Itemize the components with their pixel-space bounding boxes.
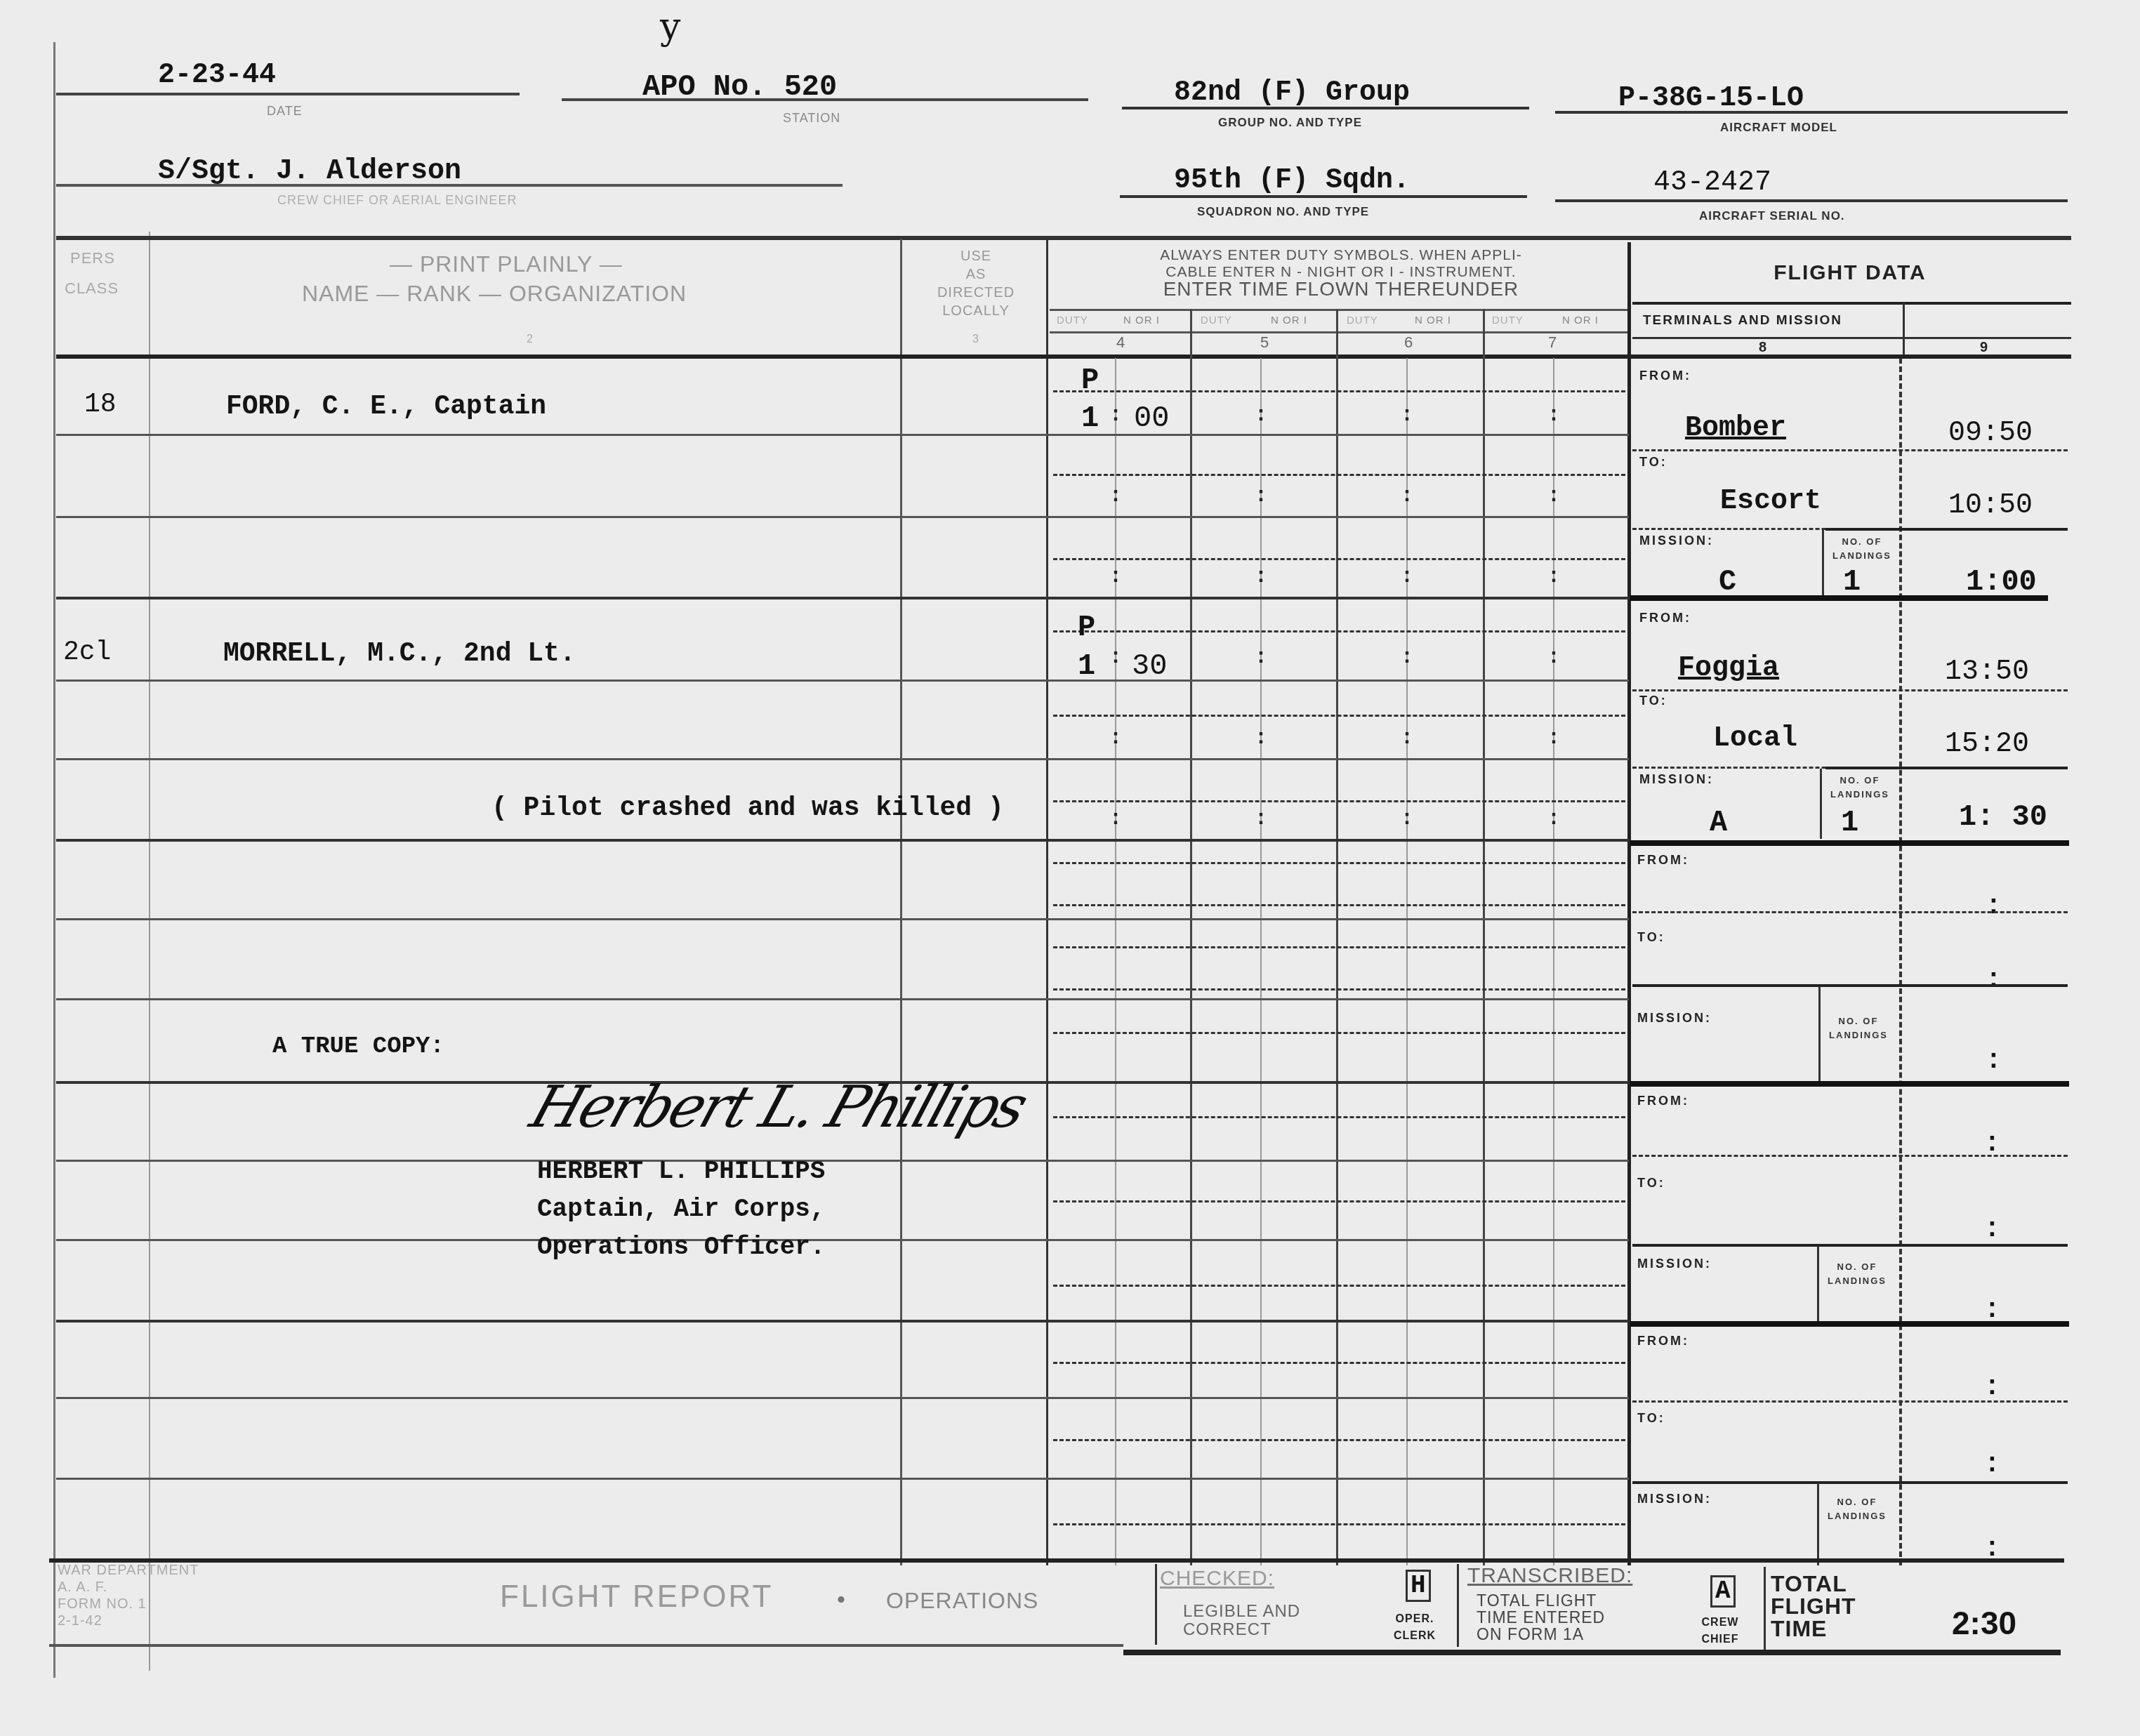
flight-2-to[interactable]: Local (1713, 723, 1797, 755)
flight-4-from-rule (1632, 1155, 2068, 1157)
crew-2-duty[interactable]: P (1078, 611, 1095, 644)
duty5-split (1260, 358, 1262, 1565)
flight-3-from-rule (1632, 911, 2068, 913)
crew-chief-initial[interactable]: A (1710, 1575, 1736, 1608)
time-colon: : (1547, 727, 1560, 750)
crew-chief-sign-line: CHIEF (1692, 1631, 1748, 1648)
time-colon: : (1109, 484, 1122, 508)
flight-1-from[interactable]: Bomber (1685, 413, 1786, 444)
serial-line (1555, 199, 2068, 202)
flight-data-title: FLIGHT DATA (1629, 261, 2071, 285)
form-subtitle: OPERATIONS (886, 1588, 1038, 1614)
oper-clerk-label: OPER. CLERK (1387, 1611, 1443, 1645)
crew-1-pers-class[interactable]: 18 (84, 390, 117, 420)
flight-1-from-time[interactable]: 09:50 (1948, 418, 2033, 449)
section-rule (56, 1320, 1629, 1323)
aircraft-model-label: AIRCRAFT MODEL (1720, 121, 1837, 135)
landings-label-line: LANDINGS (1821, 1028, 1896, 1042)
duty7-split (1553, 358, 1554, 1565)
use-locally-line: LOCALLY (913, 302, 1039, 320)
flight-2-from[interactable]: Foggia (1678, 653, 1779, 684)
row-rule (56, 434, 1629, 436)
time-colon: : (1547, 807, 1560, 831)
flight-2-to-label: TO: (1639, 694, 1667, 708)
nori-sub-5: N OR I (1271, 314, 1307, 326)
total-flight-time-value[interactable]: 2:30 (1952, 1604, 2016, 1642)
time-colon: : (1109, 807, 1122, 831)
col5-number: 5 (1260, 333, 1269, 352)
checked-line: CORRECT (1183, 1621, 1300, 1639)
station-value[interactable]: APO No. 520 (642, 70, 837, 104)
table-top-rule (56, 236, 2071, 240)
duty-dash (1053, 558, 1625, 560)
row-rule (56, 516, 1629, 518)
flight-1-to-label: TO: (1639, 455, 1667, 470)
row-rule (56, 1397, 1629, 1399)
transcribed-line: TIME ENTERED (1477, 1609, 1605, 1626)
duty-dash (1053, 390, 1625, 392)
flight-3-from-label: FROM: (1637, 853, 1689, 868)
time-colon: : (1255, 565, 1267, 589)
flight-section-rule (1630, 595, 2048, 601)
time-colon: : (1255, 807, 1267, 831)
form-title: FLIGHT REPORT (500, 1579, 773, 1615)
crew-2-name[interactable]: MORRELL, M.C., 2nd Lt. (223, 639, 576, 669)
name-rank-org-header: NAME — RANK — ORGANIZATION (302, 281, 687, 307)
duty-sub-4: DUTY (1057, 314, 1088, 326)
duty-sub-7: DUTY (1492, 314, 1524, 326)
flight-2-mission[interactable]: A (1710, 806, 1727, 840)
transcribed-line: ON FORM 1A (1477, 1626, 1605, 1643)
flight-2-mission-rule (1825, 767, 2068, 769)
pers-class-divider (149, 232, 150, 1671)
crew-1-time-minutes[interactable]: 00 (1134, 402, 1169, 435)
flight-2-landings[interactable]: 1 (1841, 806, 1858, 840)
nori-sub-4: N OR I (1123, 314, 1160, 326)
time-colon: : (1547, 565, 1560, 589)
flight-5-to-time[interactable]: : (1984, 1450, 2000, 1480)
row-rule (56, 1239, 1629, 1241)
time-colon: : (1255, 727, 1267, 750)
duty-dash (1053, 1362, 1625, 1364)
flight-3-from-time[interactable]: : (1986, 892, 2002, 922)
flight-2-landings-label: NO. OFLANDINGS (1822, 774, 1898, 802)
use-locally-line: USE (913, 247, 1039, 265)
flight-4-landings-label: NO. OFLANDINGS (1819, 1260, 1895, 1288)
time-colon: : (1109, 565, 1122, 589)
form-id: WAR DEPARTMENT A. A. F. FORM NO. 1 2-1-4… (58, 1562, 199, 1629)
crew-2-pers-class[interactable]: 2cl (63, 637, 111, 668)
col6-number: 6 (1404, 333, 1413, 352)
duty-dash (1053, 1200, 1625, 1202)
duty-divider-6 (1336, 309, 1338, 1565)
flight-5-from-rule (1632, 1400, 2068, 1403)
crew-chief-label: CREW CHIEF OR AERIAL ENGINEER (277, 193, 517, 208)
remark-text: ( Pilot crashed and was killed ) (491, 793, 1004, 823)
flight-report-form: y 2-23-44 DATE APO No. 520 STATION 82nd … (0, 0, 2140, 1736)
flight-5-mission-rule (1632, 1481, 2068, 1484)
flight-1-mission-label: MISSION: (1639, 534, 1714, 548)
flight-data-num-rule (1632, 337, 2071, 339)
aircraft-serial-label: AIRCRAFT SERIAL NO. (1699, 209, 1845, 223)
signer-title-2: Operations Officer. (537, 1233, 825, 1261)
flight-5-landings-label: NO. OFLANDINGS (1819, 1495, 1895, 1523)
time-colon: : (1255, 646, 1267, 670)
col3-number: 3 (972, 333, 979, 346)
flight-3-to-label: TO: (1637, 930, 1665, 945)
flight-2-from-rule (1632, 689, 2068, 691)
row-rule (56, 758, 1629, 760)
aircraft-serial-value[interactable]: 43-2427 (1653, 167, 1771, 199)
checked-title: CHECKED: (1160, 1567, 1274, 1591)
time-colon: : (1401, 404, 1413, 428)
duty-dash (1053, 715, 1625, 717)
oper-clerk-line: OPER. (1387, 1611, 1443, 1628)
duty-dash (1053, 1116, 1625, 1118)
flight-1-from-rule (1632, 449, 2068, 451)
row-rule (56, 1160, 1629, 1162)
duty-sub-6: DUTY (1347, 314, 1378, 326)
flight-4-from-label: FROM: (1637, 1094, 1689, 1108)
col2-number: 2 (527, 333, 534, 346)
table-header-bottom-rule (56, 355, 2071, 359)
duty-instructions: ALWAYS ENTER DUTY SYMBOLS. WHEN APPLI- C… (1053, 247, 1629, 298)
duty-dash (1053, 1032, 1625, 1034)
flight-1-mission-rule (1825, 528, 2068, 531)
handwritten-mark: y (660, 6, 680, 48)
use-locally-divider (900, 239, 902, 1565)
duty-dash (1053, 1285, 1625, 1287)
checked-box-left (1155, 1564, 1157, 1645)
duty-dash (1053, 800, 1625, 802)
print-plainly-header: — PRINT PLAINLY — (390, 251, 623, 277)
flight-2-from-time[interactable]: 13:50 (1945, 656, 2029, 688)
row-rule (56, 1478, 1629, 1480)
checked-desc: LEGIBLE AND CORRECT (1183, 1603, 1300, 1639)
flight-section-rule (1630, 1321, 2069, 1327)
time-colon: : (1401, 727, 1413, 750)
flight-3-mission-rule (1632, 984, 2068, 987)
flight-2-to-time[interactable]: 15:20 (1945, 729, 2029, 760)
flight-4-mission-rule (1632, 1244, 2068, 1247)
col8-col9-header-divider (1903, 303, 1905, 356)
time-colon: : (1547, 404, 1560, 428)
form-id-line: WAR DEPARTMENT (58, 1562, 199, 1579)
flight-1-from-label: FROM: (1639, 369, 1691, 383)
flight-1-landings-label: NO. OFLANDINGS (1824, 535, 1900, 563)
duty-instr-line1: ALWAYS ENTER DUTY SYMBOLS. WHEN APPLI- (1053, 247, 1629, 264)
form-id-line: A. A. F. (58, 1579, 199, 1596)
signer-title-1: Captain, Air Corps, (537, 1195, 825, 1224)
flight-3-mission-label: MISSION: (1637, 1011, 1712, 1026)
duty-dash (1053, 474, 1625, 476)
flight-1-duration[interactable]: 1:00 (1966, 565, 2037, 599)
col8-number: 8 (1759, 340, 1768, 356)
landings-label-line: NO. OF (1824, 535, 1900, 549)
total-line: TOTAL (1771, 1572, 1856, 1595)
section-rule (56, 839, 1629, 842)
checked-line: LEGIBLE AND (1183, 1603, 1300, 1621)
nori-sub-7: N OR I (1562, 314, 1599, 326)
squadron-label: SQUADRON NO. AND TYPE (1197, 205, 1369, 219)
duty-number-rule (1050, 331, 1629, 333)
date-label: DATE (267, 104, 303, 119)
form-id-line: 2-1-42 (58, 1612, 199, 1629)
duty-dash (1053, 904, 1625, 906)
terminals-header: TERMINALS AND MISSION (1643, 313, 1842, 329)
time-colon: : (1109, 727, 1122, 750)
signer-name: HERBERT L. PHILLIPS (537, 1157, 825, 1186)
flight-2-duration[interactable]: 1: 30 (1959, 800, 2047, 834)
flight-4-mission-label: MISSION: (1637, 1257, 1712, 1271)
time-colon: : (1255, 484, 1267, 508)
landings-label-line: NO. OF (1821, 1014, 1896, 1028)
flight-1-to-time[interactable]: 10:50 (1948, 490, 2033, 522)
transcribed-title: TRANSCRIBED: (1467, 1564, 1632, 1588)
col7-number: 7 (1548, 333, 1557, 352)
duty6-split (1406, 358, 1408, 1565)
transcribed-desc: TOTAL FLIGHT TIME ENTERED ON FORM 1A (1477, 1592, 1605, 1643)
crew-1-name[interactable]: FORD, C. E., Captain (226, 392, 546, 422)
flight-5-to-label: TO: (1637, 1411, 1665, 1426)
date-value[interactable]: 2-23-44 (158, 60, 276, 91)
transcribed-line: TOTAL FLIGHT (1477, 1592, 1605, 1609)
time-colon: : (1109, 646, 1122, 670)
duty-dash (1053, 988, 1625, 990)
pers-header-line2: CLASS (65, 279, 119, 298)
flight-4-to-label: TO: (1637, 1176, 1665, 1191)
duty-instr-line3: ENTER TIME FLOWN THEREUNDER (1053, 281, 1629, 298)
time-colon: : (1401, 807, 1413, 831)
time-colon: : (1547, 646, 1560, 670)
duty-sub-5: DUTY (1201, 314, 1232, 326)
time-colon: : (1109, 404, 1122, 428)
squadron-value[interactable]: 95th (F) Sqdn. (1174, 165, 1410, 197)
flight-1-mission[interactable]: C (1719, 565, 1736, 599)
duty-divider-7 (1483, 309, 1485, 1565)
total-line: TIME (1771, 1617, 1856, 1640)
row-rule (56, 998, 1629, 1000)
flight-3-duration[interactable]: : (1986, 1046, 2002, 1076)
flight-data-left-border (1627, 242, 1631, 1565)
nori-sub-6: N OR I (1415, 314, 1451, 326)
flight-section-rule (1630, 840, 2069, 846)
section-rule (56, 597, 1629, 599)
landings-label-line: LANDINGS (1819, 1274, 1895, 1288)
group-label: GROUP NO. AND TYPE (1218, 116, 1362, 130)
use-locally-line: AS (913, 265, 1039, 284)
row-rule (56, 918, 1629, 920)
flight-section-rule (1630, 1081, 2069, 1087)
crew-chief-sign-label: CREW CHIEF (1692, 1615, 1748, 1648)
use-locally-header: USE AS DIRECTED LOCALLY (913, 247, 1039, 320)
transcribed-box-left (1457, 1564, 1459, 1647)
signature: Herbert L. Phillips (523, 1074, 1033, 1141)
duty-dash (1053, 1439, 1625, 1441)
aircraft-model-value[interactable]: P-38G-15-LO (1618, 83, 1804, 114)
total-flight-time-label: TOTAL FLIGHT TIME (1771, 1572, 1856, 1640)
duty-dash (1053, 630, 1625, 632)
crew-2-time-hours[interactable]: 1 (1078, 649, 1095, 683)
crew-chief-value[interactable]: S/Sgt. J. Alderson (158, 156, 461, 187)
crew-chief-sign-line: CREW (1692, 1615, 1748, 1631)
time-colon: : (1401, 646, 1413, 670)
duty-divider-5 (1190, 309, 1192, 1565)
duty-subheader-rule (1050, 309, 1629, 311)
flight-5-from-label: FROM: (1637, 1334, 1689, 1349)
landings-label-line: NO. OF (1819, 1495, 1895, 1509)
footer-bottom-rule-right (1123, 1650, 2061, 1655)
landings-label-line: LANDINGS (1824, 549, 1900, 563)
time-colon: : (1401, 565, 1413, 589)
crew-2-time-minutes[interactable]: 30 (1132, 649, 1167, 683)
landings-label-line: LANDINGS (1822, 788, 1898, 802)
duty-dash (1053, 862, 1625, 864)
landings-label-line: NO. OF (1822, 774, 1898, 788)
landings-label-line: NO. OF (1819, 1260, 1895, 1274)
landings-label-line: LANDINGS (1819, 1509, 1895, 1523)
use-locally-line: DIRECTED (913, 284, 1039, 302)
form-id-line: FORM NO. 1 (58, 1596, 199, 1612)
crew-1-time-hours[interactable]: 1 (1081, 402, 1099, 435)
flight-1-landings[interactable]: 1 (1843, 565, 1861, 599)
time-colon: : (1547, 484, 1560, 508)
col4-number: 4 (1116, 333, 1125, 352)
flight-data-title-rule (1632, 302, 2071, 305)
flight-2-from-label: FROM: (1639, 611, 1691, 625)
duty-dash (1053, 1523, 1625, 1525)
flight-3-landings-label: NO. OFLANDINGS (1821, 1014, 1896, 1042)
pers-header-line1: PERS (70, 249, 115, 267)
flight-1-to[interactable]: Escort (1720, 486, 1821, 517)
flight-4-to-time[interactable]: : (1984, 1214, 2000, 1245)
duty-block-left (1046, 239, 1048, 1565)
crew-1-duty[interactable]: P (1081, 364, 1099, 397)
form-title-dot: • (837, 1586, 846, 1614)
flight-5-from-time[interactable]: : (1984, 1372, 2000, 1403)
left-border (53, 42, 55, 1678)
footer-bottom-rule-left (49, 1644, 1123, 1647)
row-rule (56, 680, 1629, 682)
group-value[interactable]: 82nd (F) Group (1174, 77, 1410, 109)
flight-2-mission-label: MISSION: (1639, 772, 1714, 787)
total-box-left (1764, 1567, 1766, 1650)
date-line (56, 93, 520, 95)
flight-5-mission-label: MISSION: (1637, 1492, 1712, 1506)
time-colon: : (1401, 484, 1413, 508)
duty-dash (1053, 946, 1625, 948)
total-line: FLIGHT (1771, 1595, 1856, 1617)
oper-clerk-line: CLERK (1387, 1628, 1443, 1645)
col9-number: 9 (1980, 340, 1989, 356)
duty4-split (1115, 358, 1116, 1565)
oper-clerk-initial[interactable]: H (1406, 1570, 1431, 1602)
true-copy-label: A TRUE COPY: (272, 1033, 444, 1060)
time-colon: : (1255, 404, 1267, 428)
flight-3-to-time[interactable]: : (1986, 965, 2002, 995)
station-label: STATION (783, 111, 840, 126)
footer-top-rule (49, 1558, 2064, 1563)
